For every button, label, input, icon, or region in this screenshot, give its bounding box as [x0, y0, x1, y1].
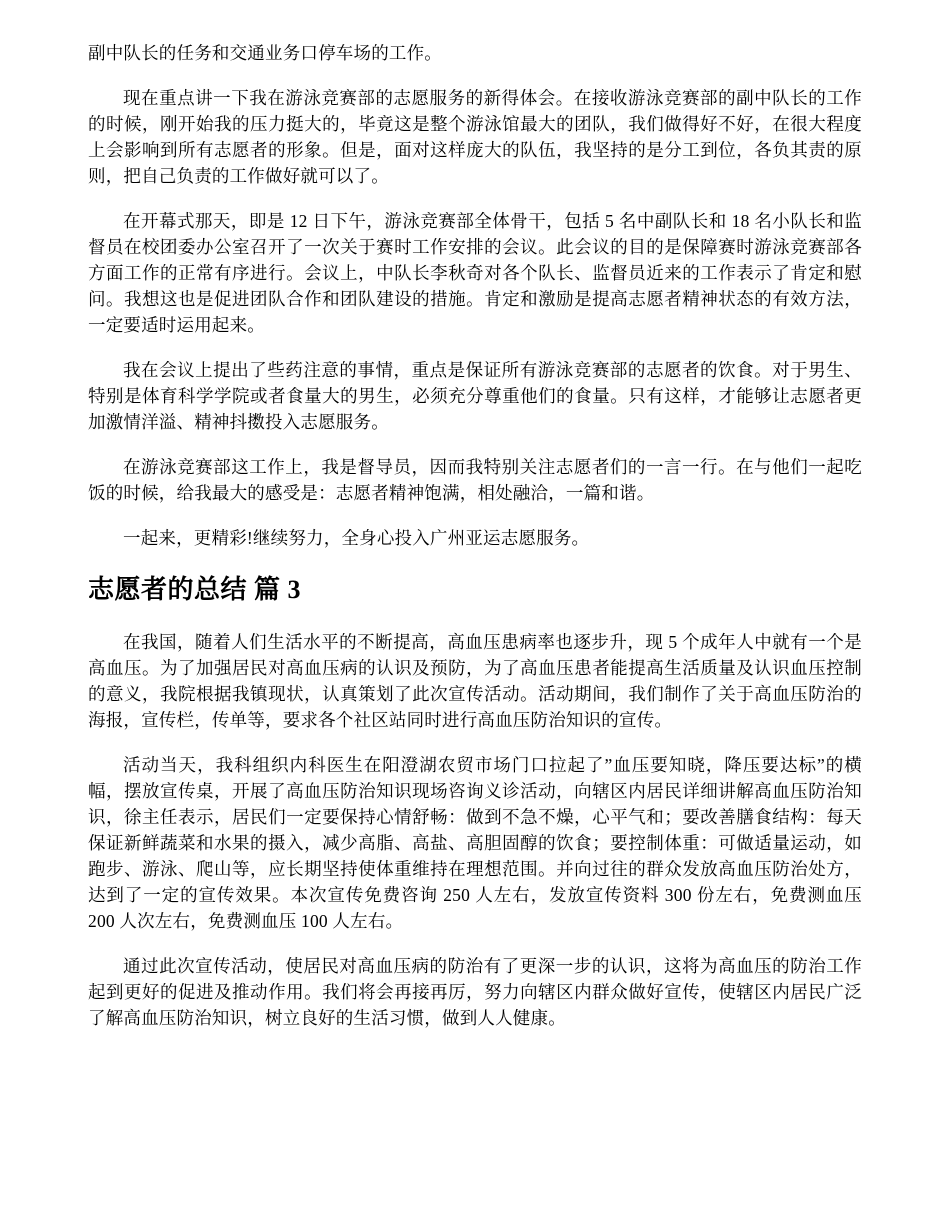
body-paragraph: 活动当天，我科组织内科医生在阳澄湖农贸市场门口拉起了”血压要知晓，降压要达标”的…	[88, 752, 862, 934]
body-paragraph-continuation: 副中队长的任务和交通业务口停车场的工作。	[88, 40, 862, 66]
body-paragraph: 在开幕式那天，即是 12 日下午，游泳竞赛部全体骨干，包括 5 名中副队长和 1…	[88, 208, 862, 338]
body-paragraph: 在游泳竞赛部这工作上，我是督导员，因而我特别关注志愿者们的一言一行。在与他们一起…	[88, 454, 862, 506]
document-page: 副中队长的任务和交通业务口停车场的工作。 现在重点讲一下我在游泳竞赛部的志愿服务…	[0, 0, 950, 1230]
body-paragraph: 通过此次宣传活动，使居民对高血压病的防治有了更深一步的认识，这将为高血压的防治工…	[88, 953, 862, 1031]
body-paragraph: 在我国，随着人们生活水平的不断提高，高血压患病率也逐步升，现 5 个成年人中就有…	[88, 629, 862, 733]
body-paragraph: 我在会议上提出了些药注意的事情，重点是保证所有游泳竞赛部的志愿者的饮食。对于男生…	[88, 357, 862, 435]
body-paragraph: 现在重点讲一下我在游泳竞赛部的志愿服务的新得体会。在接收游泳竞赛部的副中队长的工…	[88, 85, 862, 189]
body-paragraph: 一起来，更精彩!继续努力，全身心投入广州亚运志愿服务。	[88, 525, 862, 551]
section-heading: 志愿者的总结 篇 3	[88, 573, 862, 607]
